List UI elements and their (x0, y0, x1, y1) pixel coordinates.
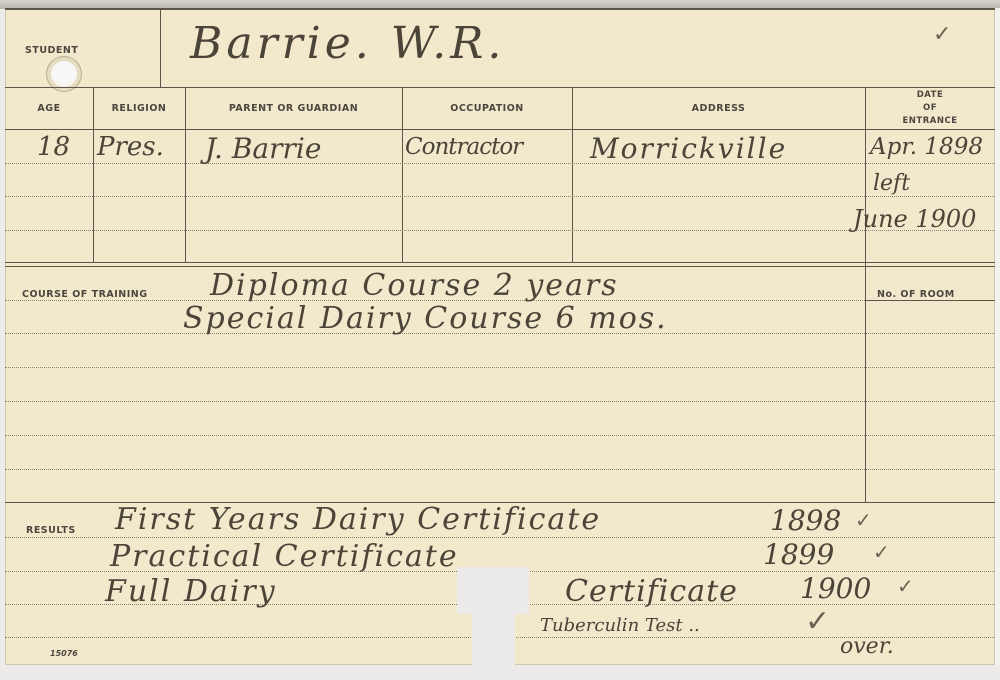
occupation-header: OCCUPATION (402, 103, 572, 114)
student-check-mark: ✓ (933, 22, 951, 47)
result-3-text-a: Full Dairy (105, 574, 277, 609)
result-3-check: ✓ (897, 574, 914, 598)
date-entrance-header-3: ENTRANCE (865, 116, 995, 126)
result-3-text: Certificate (565, 574, 738, 609)
scan-right-edge (995, 8, 1000, 665)
room-underline (865, 300, 995, 301)
no-of-room-label: No. OF ROOM (877, 289, 955, 300)
card-top-border (5, 8, 995, 10)
date-left-label: left (873, 171, 910, 196)
card-notch-lower (472, 612, 515, 672)
row-rule (5, 196, 995, 197)
address-header: ADDRESS (572, 103, 865, 114)
result-2-year: 1899 (763, 538, 834, 571)
section-divider-2 (5, 266, 995, 267)
form-number: 15076 (50, 649, 78, 658)
result-2-check: ✓ (873, 540, 890, 564)
result-4-check: ✓ (805, 604, 830, 639)
result-1-check: ✓ (855, 508, 872, 532)
result-4-text: Tuberculin Test .. (540, 615, 700, 636)
row-rule (5, 537, 995, 538)
age-value: 18 (37, 132, 70, 162)
date-left-value: June 1900 (853, 205, 976, 233)
col-divider-address (865, 87, 866, 502)
parent-value: J. Barrie (205, 132, 321, 165)
religion-header: RELIGION (93, 103, 185, 114)
row-rule (5, 163, 995, 164)
header-bottom-line (5, 129, 995, 130)
result-1-text: First Years Dairy Certificate (115, 502, 601, 537)
result-3-year: 1900 (800, 572, 871, 605)
row-rule (5, 367, 995, 368)
date-entrance-header-1: DATE (865, 90, 995, 100)
course-line-1: Diploma Course 2 years (210, 268, 619, 303)
card-notch-upper (457, 567, 529, 614)
age-header: AGE (5, 103, 93, 114)
course-label: COURSE OF TRAINING (22, 289, 148, 300)
date-entrance-value: Apr. 1898 (870, 134, 983, 160)
header-top-line (5, 87, 995, 88)
result-1-year: 1898 (770, 504, 841, 537)
occupation-value: Contractor (405, 134, 522, 160)
student-label: STUDENT (25, 45, 78, 56)
row-rule (5, 469, 995, 470)
result-2-text: Practical Certificate (110, 539, 459, 574)
parent-header: PARENT OR GUARDIAN (185, 103, 402, 114)
results-label: RESULTS (26, 525, 76, 536)
row-rule (5, 401, 995, 402)
religion-value: Pres. (97, 132, 164, 162)
row-rule (5, 435, 995, 436)
student-divider (160, 8, 161, 87)
overleaf-note: over. (840, 634, 894, 659)
student-name: Barrie. W.R. (190, 18, 505, 69)
address-value: Morrickville (590, 132, 787, 165)
date-entrance-header-2: OF (865, 103, 995, 113)
course-line-2: Special Dairy Course 6 mos. (183, 301, 668, 336)
row-rule (5, 230, 995, 231)
punch-hole (51, 61, 77, 87)
section-divider-1 (5, 262, 995, 263)
